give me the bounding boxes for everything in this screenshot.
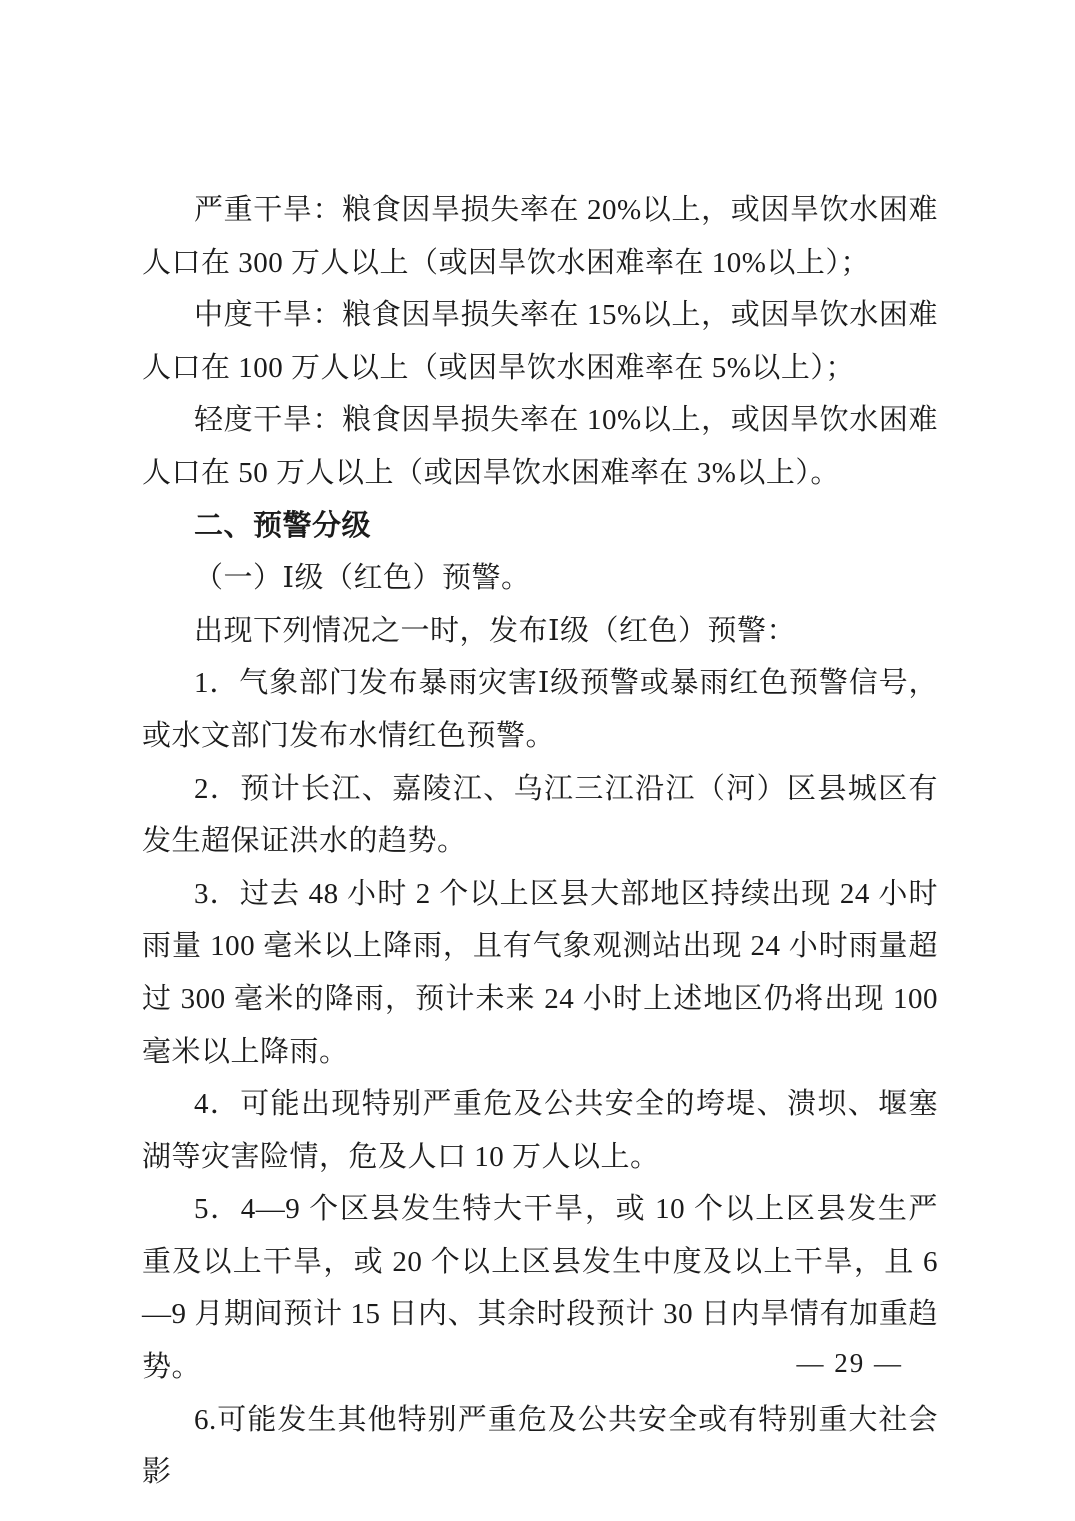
document-page: 严重干旱：粮食因旱损失率在 20%以上，或因旱饮水困难人口在 300 万人以上（… [0, 0, 1075, 1521]
list-item-1: 1．气象部门发布暴雨灾害Ⅰ级预警或暴雨红色预警信号，或水文部门发布水情红色预警。 [142, 657, 938, 762]
para-light-drought: 轻度干旱：粮食因旱损失率在 10%以上，或因旱饮水困难人口在 50 万人以上（或… [142, 394, 938, 499]
list-item-3: 3．过去 48 小时 2 个以上区县大部地区持续出现 24 小时雨量 100 毫… [142, 868, 938, 1078]
list-item-4: 4．可能出现特别严重危及公共安全的垮堤、溃坝、堰塞湖等灾害险情，危及人口 10 … [142, 1078, 938, 1183]
page-number: — 29 — [797, 1346, 904, 1380]
intro-line: 出现下列情况之一时，发布Ⅰ级（红色）预警： [142, 605, 938, 658]
document-body: 严重干旱：粮食因旱损失率在 20%以上，或因旱饮水困难人口在 300 万人以上（… [142, 184, 938, 1499]
para-moderate-drought: 中度干旱：粮食因旱损失率在 15%以上，或因旱饮水困难人口在 100 万人以上（… [142, 289, 938, 394]
section-heading: 二、预警分级 [142, 500, 938, 553]
para-severe-drought: 严重干旱：粮食因旱损失率在 20%以上，或因旱饮水困难人口在 300 万人以上（… [142, 184, 938, 289]
subsection-heading: （一）Ⅰ级（红色）预警。 [142, 552, 938, 605]
list-item-2: 2．预计长江、嘉陵江、乌江三江沿江（河）区县城区有发生超保证洪水的趋势。 [142, 763, 938, 868]
list-item-6: 6.可能发生其他特别严重危及公共安全或有特别重大社会影 [142, 1394, 938, 1499]
